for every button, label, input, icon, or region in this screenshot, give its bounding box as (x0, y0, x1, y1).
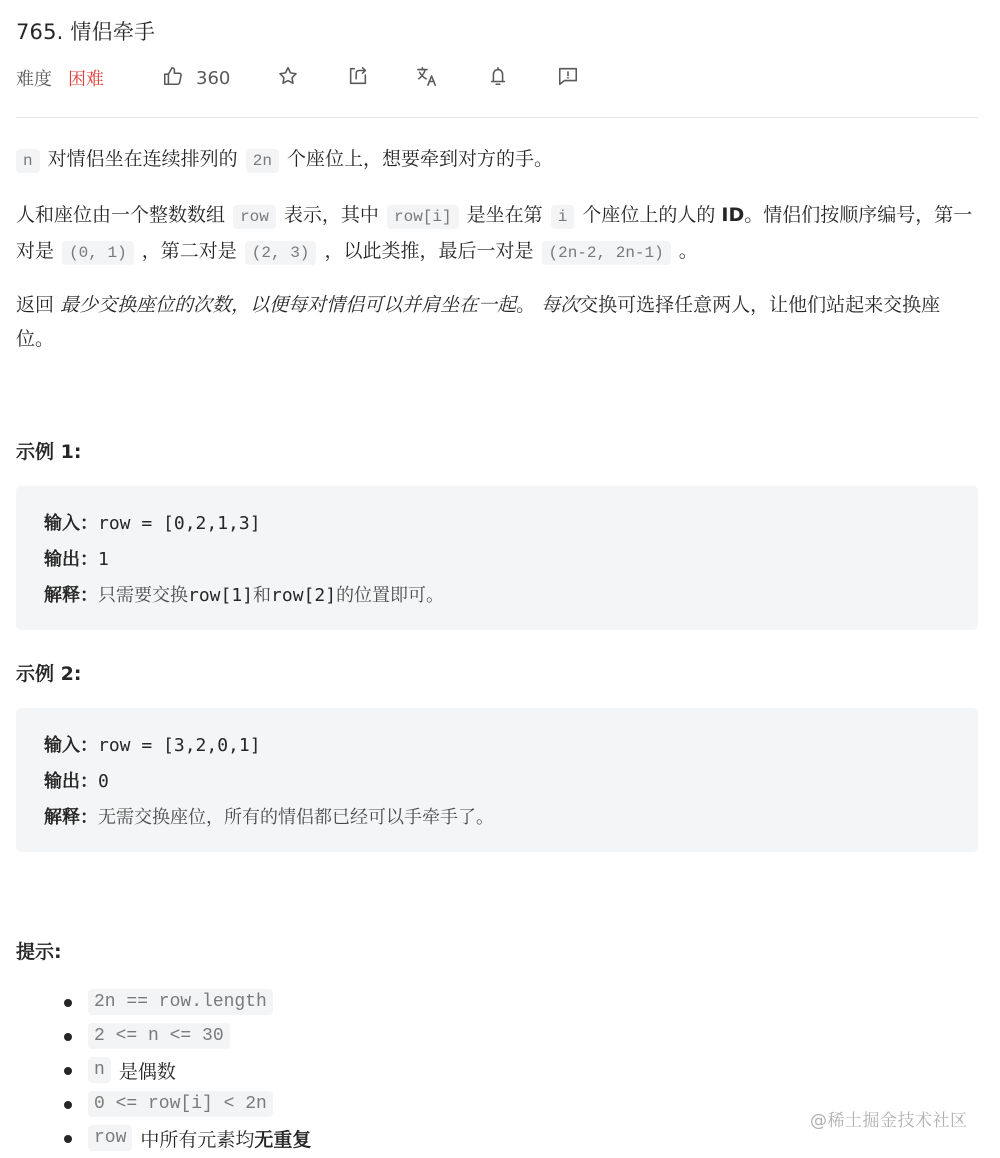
inline-code: 2n == row.length (88, 989, 273, 1015)
text: ，第二对是 (142, 240, 237, 262)
text: 表示，其中 (284, 204, 379, 226)
output-value: 1 (98, 549, 109, 570)
explanation-label: 解释： (44, 585, 98, 606)
example-explanation: 解释：只需要交换row[1]和row[2]的位置即可。 (44, 578, 950, 614)
hint-item: 2 <= n <= 30 (16, 1019, 716, 1053)
header-divider (16, 117, 978, 118)
bullet-icon (64, 1101, 72, 1109)
output-value: 0 (98, 771, 109, 792)
inline-code: (2, 3) (245, 241, 317, 265)
output-label: 输出： (44, 549, 98, 570)
input-value: row = [0,2,1,3] (98, 513, 261, 534)
subscribe-button[interactable] (487, 63, 509, 93)
inline-code: (2n-2, 2n-1) (542, 241, 671, 265)
bullet-icon (64, 999, 72, 1007)
text: ，以此类推，最后一对是 (324, 240, 533, 262)
problem-title: 765. 情侣牵手 (16, 16, 155, 46)
hint-item: row 中所有元素均无重复 (16, 1121, 716, 1155)
example-output: 输出：0 (44, 764, 950, 800)
bold-text: 无重复 (254, 1125, 311, 1152)
translate-button[interactable] (416, 63, 438, 93)
text: 个座位上，想要牵到对方的手。 (287, 148, 553, 170)
like-button[interactable]: 360 (162, 63, 230, 93)
hint-item: n 是偶数 (16, 1053, 716, 1087)
example-2-block: 输入：row = [3,2,0,1] 输出：0 解释：无需交换座位，所有的情侣都… (16, 708, 978, 852)
text: 。 (516, 294, 535, 316)
description-paragraph-2: 人和座位由一个整数数组 row 表示，其中 row[i] 是坐在第 i 个座位上… (16, 198, 978, 270)
favorite-button[interactable] (277, 63, 299, 93)
hints-heading: 提示: (16, 937, 62, 964)
translate-icon (416, 65, 438, 92)
inline-code: 0 <= row[i] < 2n (88, 1091, 273, 1117)
hint-item: 2n == row.length (16, 985, 716, 1019)
feedback-icon (557, 65, 579, 92)
input-value: row = [3,2,0,1] (98, 735, 261, 756)
text: 。 (679, 240, 698, 262)
emphasis-text: 每次 (541, 294, 579, 316)
description-paragraph-3: 返回 最少交换座位的次数，以便每对情侣可以并肩坐在一起。 每次交换可选择任意两人… (16, 288, 978, 356)
bell-icon (487, 65, 509, 92)
inline-code: row (233, 205, 276, 229)
text: 人和座位由一个整数数组 (16, 204, 225, 226)
difficulty-badge: 困难 (68, 65, 104, 91)
example-input: 输入：row = [3,2,0,1] (44, 728, 950, 764)
hint-item: 0 <= row[i] < 2n (16, 1087, 716, 1121)
inline-code: row[i] (387, 205, 459, 229)
example-2-heading: 示例 2: (16, 659, 81, 686)
example-1-heading: 示例 1: (16, 437, 81, 464)
inline-code: (0, 1) (62, 241, 134, 265)
bold-text: ID (721, 204, 744, 226)
example-1-block: 输入：row = [0,2,1,3] 输出：1 解释：只需要交换row[1]和r… (16, 486, 978, 630)
share-icon (347, 65, 369, 92)
problem-meta-bar: 难度 困难 360 (16, 63, 978, 93)
thumbs-up-icon (162, 65, 184, 92)
feedback-button[interactable] (557, 63, 579, 93)
bullet-icon (64, 1135, 72, 1143)
example-input: 输入：row = [0,2,1,3] (44, 506, 950, 542)
text: 是坐在第 (467, 204, 543, 226)
input-label: 输入： (44, 513, 98, 534)
example-output: 输出：1 (44, 542, 950, 578)
inline-code: row (88, 1125, 132, 1151)
inline-code: n (88, 1057, 111, 1083)
inline-code: n (16, 149, 40, 173)
explanation-text: 只需要交换 (98, 585, 188, 606)
text: 返回 (16, 294, 54, 316)
bullet-icon (64, 1067, 72, 1075)
explanation-text: 的位置即可。 (336, 585, 444, 606)
description-paragraph-1: n 对情侣坐在连续排列的 2n 个座位上，想要牵到对方的手。 (16, 142, 978, 178)
explanation-text: 无需交换座位，所有的情侣都已经可以手牵手了。 (98, 807, 494, 828)
explanation-label: 解释： (44, 807, 98, 828)
inline-code: i (551, 205, 575, 229)
hints-list: 2n == row.length 2 <= n <= 30 n 是偶数 0 <=… (16, 985, 716, 1155)
text: 对情侣坐在连续排列的 (48, 148, 238, 170)
input-label: 输入： (44, 735, 98, 756)
inline-code: 2 <= n <= 30 (88, 1023, 230, 1049)
bullet-icon (64, 1033, 72, 1041)
share-button[interactable] (347, 63, 369, 93)
text: 个座位上的人的 (582, 204, 715, 226)
difficulty-label: 难度 (16, 65, 52, 91)
watermark: @稀土掘金技术社区 (810, 1106, 968, 1131)
hint-text: 中所有元素均 (140, 1125, 254, 1152)
hint-text: 是偶数 (119, 1057, 176, 1084)
emphasis-text: 最少交换座位的次数，以便每对情侣可以并肩坐在一起 (60, 294, 516, 316)
explanation-code: row[2] (271, 585, 336, 606)
star-icon (277, 65, 299, 92)
explanation-text: 和 (253, 585, 271, 606)
like-count: 360 (196, 68, 230, 89)
explanation-code: row[1] (188, 585, 253, 606)
example-explanation: 解释：无需交换座位，所有的情侣都已经可以手牵手了。 (44, 800, 950, 836)
output-label: 输出： (44, 771, 98, 792)
inline-code: 2n (246, 149, 279, 173)
